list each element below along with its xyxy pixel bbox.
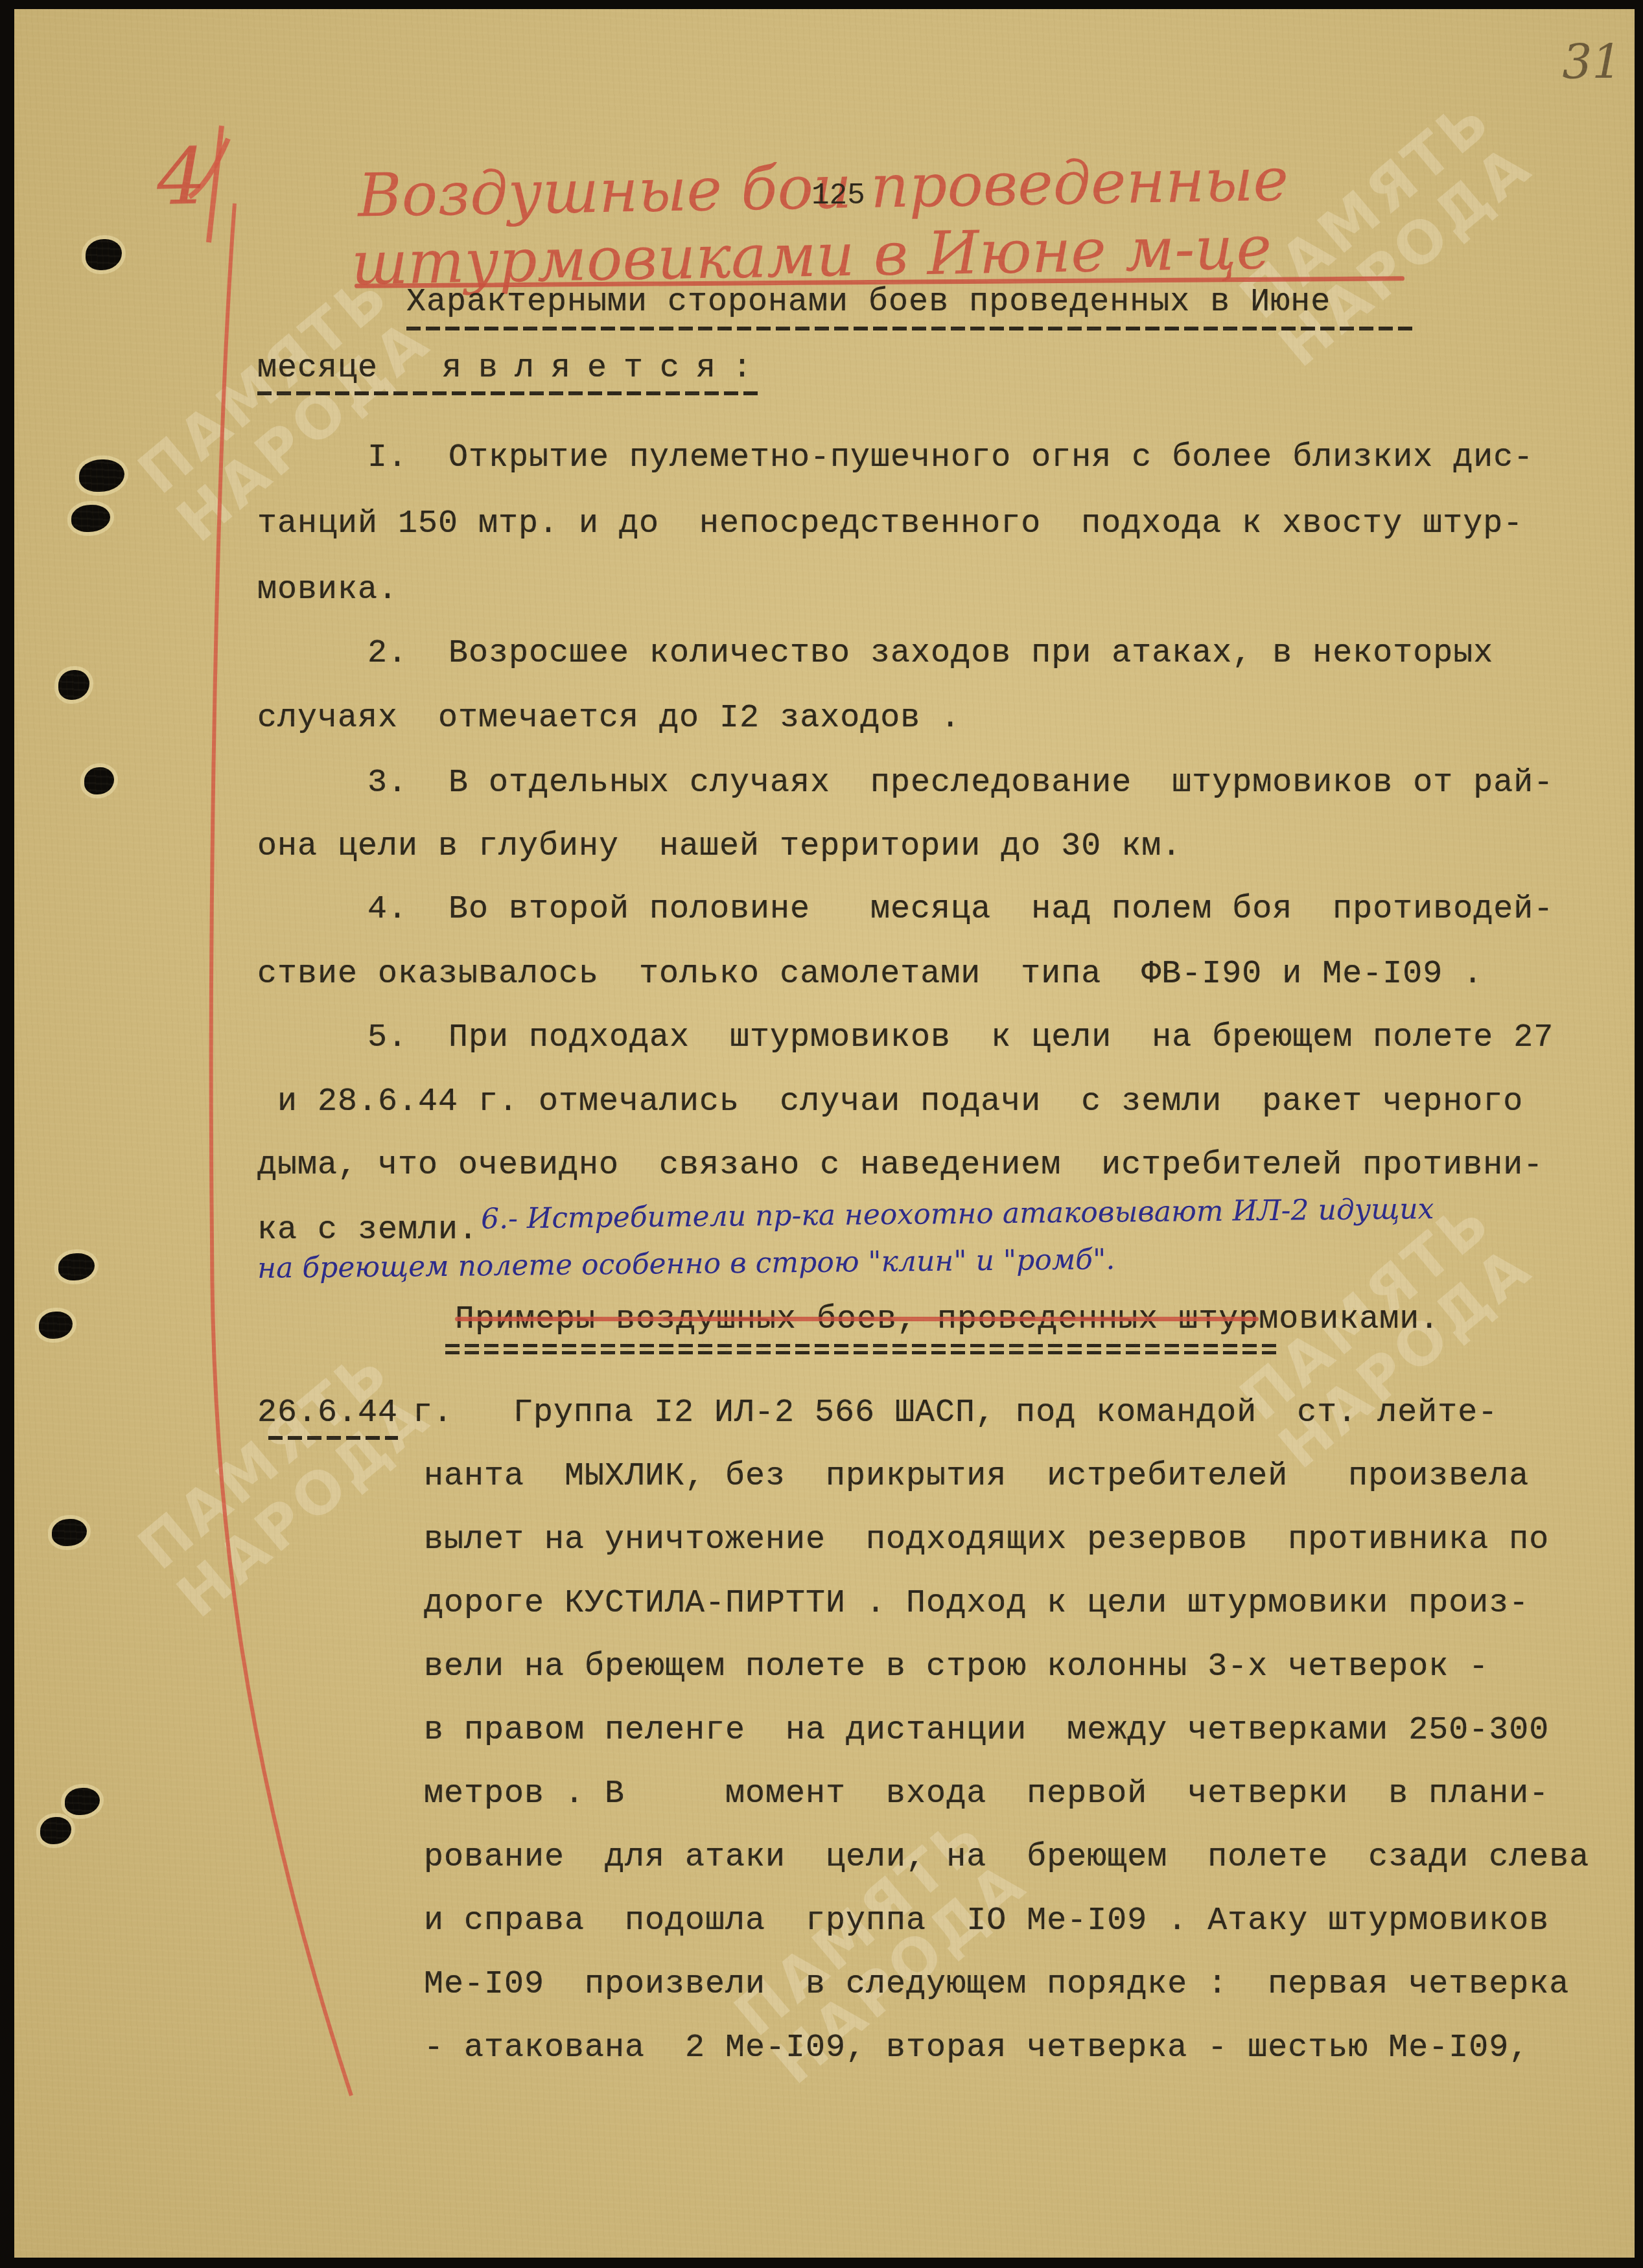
example-line: дороге КУСТИЛА-ПИРТТИ . Подход к цели шт… (424, 1588, 1529, 1620)
intro-line2-underline (257, 391, 763, 395)
intro-line2-word: месяце (257, 353, 378, 385)
heading-double-underline (445, 1344, 1281, 1354)
item-5-line: ка с земли. (257, 1214, 478, 1247)
example-line: нанта МЫХЛИК, без прикрытия истребителей… (424, 1461, 1529, 1493)
example-date-suffix: г. (413, 1397, 453, 1429)
item-1-line: Открытие пулеметно-пушечного огня с боле… (449, 442, 1533, 474)
example-line: и справа подошла группа IO Ме-I09 . Атак… (424, 1905, 1549, 1938)
example-date: 26.6.44 (257, 1397, 398, 1429)
margin-number-mark: 4 (156, 138, 207, 216)
page-number: 31 (1562, 35, 1622, 89)
intro-line1: Характерными сторонами боев проведенных … (406, 286, 1331, 319)
example-line: вели на бреющем полете в строю колонны 3… (424, 1651, 1489, 1684)
item-3-line: она цели в глубину нашей территории до 3… (257, 831, 1182, 863)
document-page: ПАМЯТЬ НАРОДА ПАМЯТЬ НАРОДА ПАМЯТЬ НАРОД… (14, 9, 1635, 2258)
stamp-number: 125 (811, 179, 865, 213)
item-5-line: и 28.6.44 г. отмечались случаи подачи с … (257, 1086, 1523, 1118)
item-2-line: Возросшее количество заходов при атаках,… (449, 638, 1493, 670)
item-number: 4. (367, 894, 408, 926)
item-4-line: Во второй половине месяца над полем боя … (449, 894, 1554, 926)
example-line: Группа I2 ИЛ-2 566 ШАСП, под командой ст… (513, 1397, 1498, 1429)
example-line: - атакована 2 Ме-I09, вторая четверка - … (424, 2032, 1529, 2065)
item-number: 5. (367, 1022, 408, 1054)
red-strikethrough (455, 1317, 1259, 1321)
item-number: 2. (367, 638, 408, 670)
example-line: вылет на уничтожение подходящих резервов… (424, 1524, 1549, 1556)
example-line: в правом пеленге на дистанции между четв… (424, 1715, 1549, 1747)
date-underline (268, 1436, 398, 1440)
item-1-line: танций 150 мтр. и до непосредственного п… (257, 508, 1523, 540)
item-number: 3. (367, 767, 408, 800)
example-line: метров . В момент входа первой четверки … (424, 1778, 1549, 1811)
intro-underline (406, 327, 1417, 330)
item-3-line: В отдельных случаях преследование штурмо… (449, 767, 1554, 800)
item-4-line: ствие оказывалось только самолетами типа… (257, 958, 1483, 991)
intro-line2-spaced: является: (442, 353, 769, 385)
item-2-line: случаях отмечается до I2 заходов . (257, 702, 961, 735)
item-1-line: мовика. (257, 574, 398, 607)
example-line: рование для атаки цели, на бреющем полет… (424, 1842, 1589, 1874)
item-5-line: При подходах штурмовиков к цели на бреющ… (449, 1022, 1554, 1054)
item-5-line: дыма, что очевидно связано с наведением … (257, 1150, 1543, 1182)
example-line: Ме-I09 произвели в следующем порядке : п… (424, 1969, 1569, 2001)
item-number: I. (367, 442, 408, 474)
